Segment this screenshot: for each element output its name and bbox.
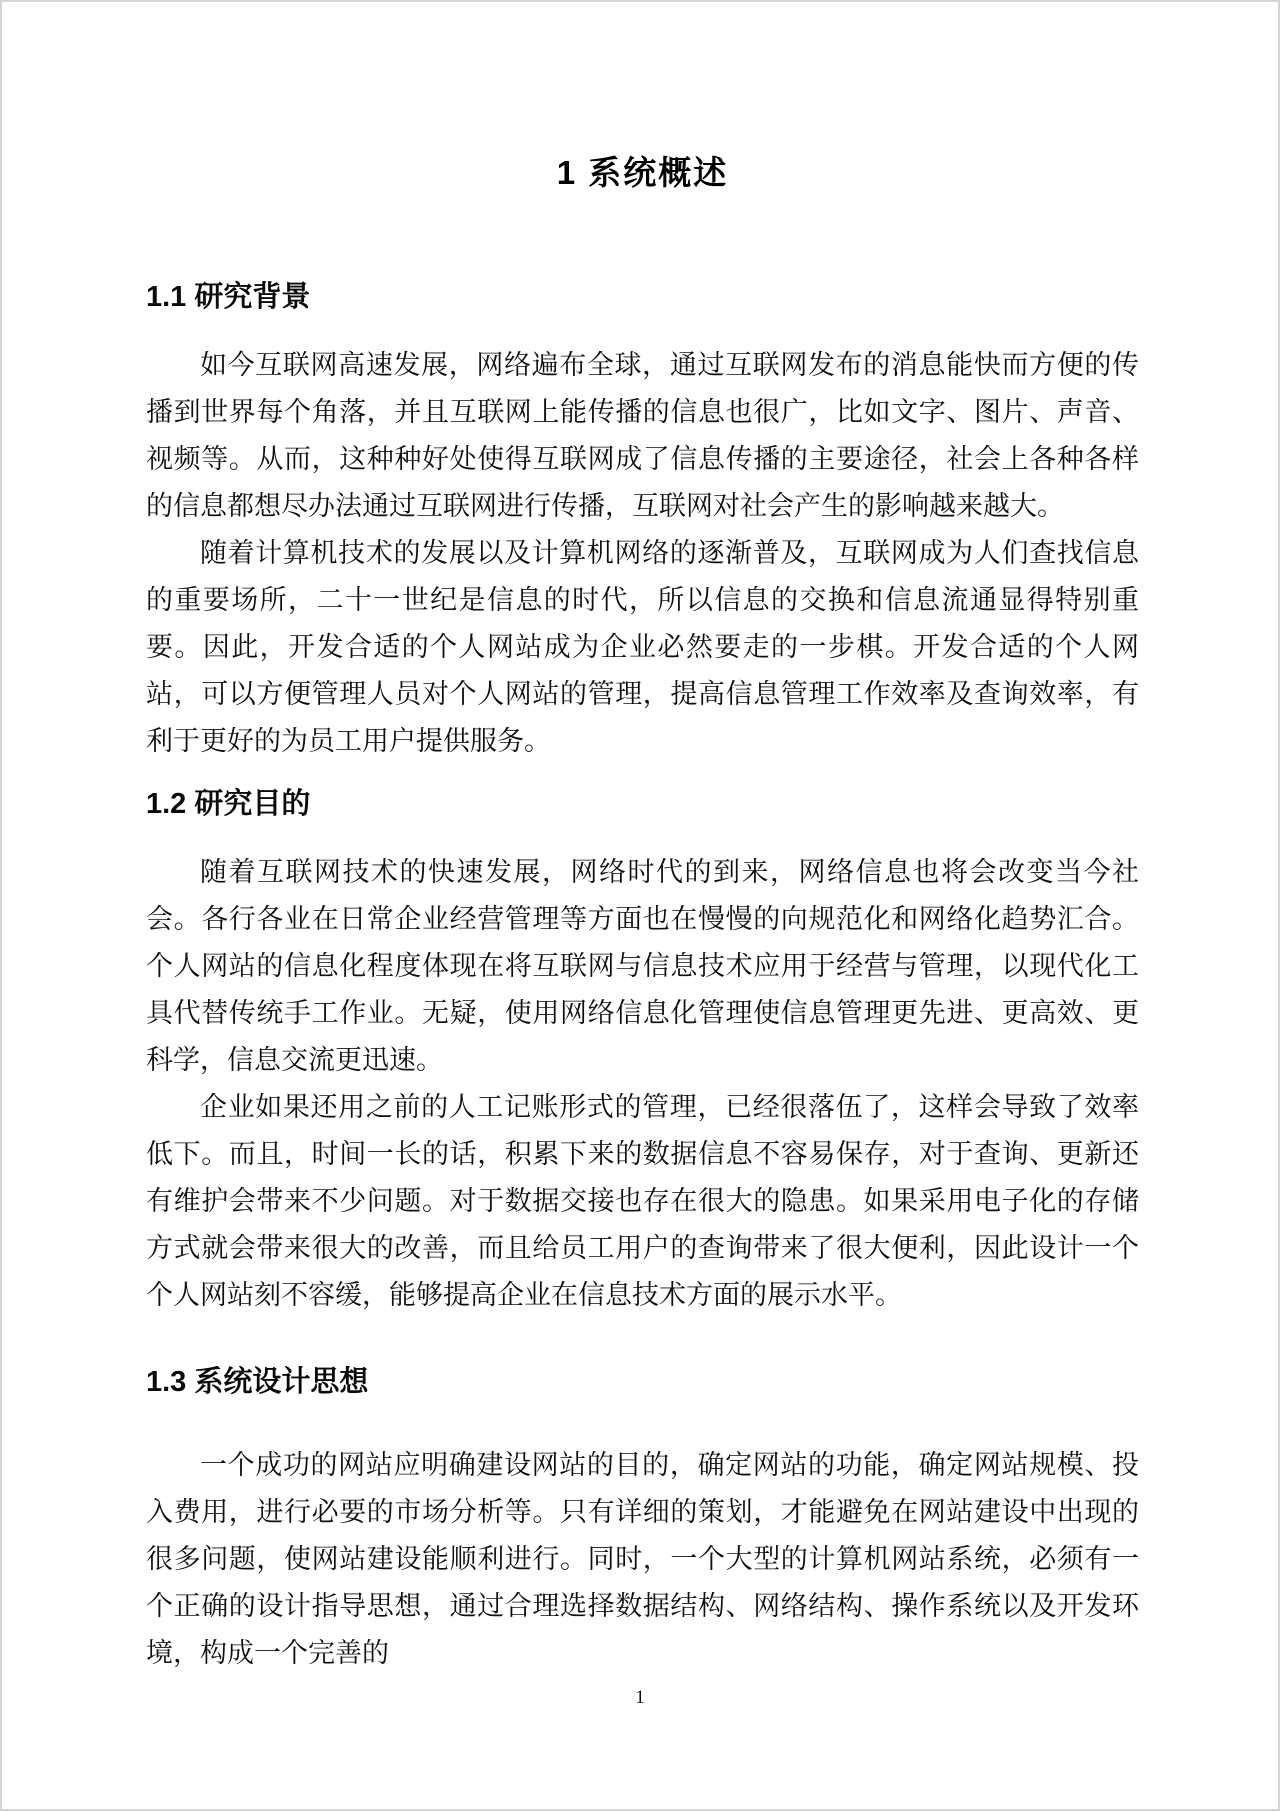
chapter-title: 1 系统概述 xyxy=(146,152,1139,194)
paragraph: 随着互联网技术的快速发展，网络时代的到来，网络信息也将会改变当今社会。各行各业在… xyxy=(146,849,1139,1084)
text-column: 1 系统概述 1.1 研究背景 如今互联网高速发展，网络遍布全球，通过互联网发布… xyxy=(2,152,1278,1677)
paragraph: 企业如果还用之前的人工记账形式的管理，已经很落伍了，这样会导致了效率低下。而且，… xyxy=(146,1084,1139,1319)
section-heading-1-3: 1.3 系统设计思想 xyxy=(146,1365,1139,1399)
paragraph: 一个成功的网站应明确建设网站的目的，确定网站的功能，确定网站规模、投入费用，进行… xyxy=(146,1442,1139,1677)
paragraph: 随着计算机技术的发展以及计算机网络的逐渐普及，互联网成为人们查找信息的重要场所，… xyxy=(146,530,1139,765)
section-heading-1-1: 1.1 研究背景 xyxy=(146,280,1139,314)
paragraph: 如今互联网高速发展，网络遍布全球，通过互联网发布的消息能快而方便的传播到世界每个… xyxy=(146,342,1139,530)
document-page: 1 系统概述 1.1 研究背景 如今互联网高速发展，网络遍布全球，通过互联网发布… xyxy=(0,0,1280,1811)
section-heading-1-2: 1.2 研究目的 xyxy=(146,787,1139,821)
page-number: 1 xyxy=(2,1687,1278,1709)
